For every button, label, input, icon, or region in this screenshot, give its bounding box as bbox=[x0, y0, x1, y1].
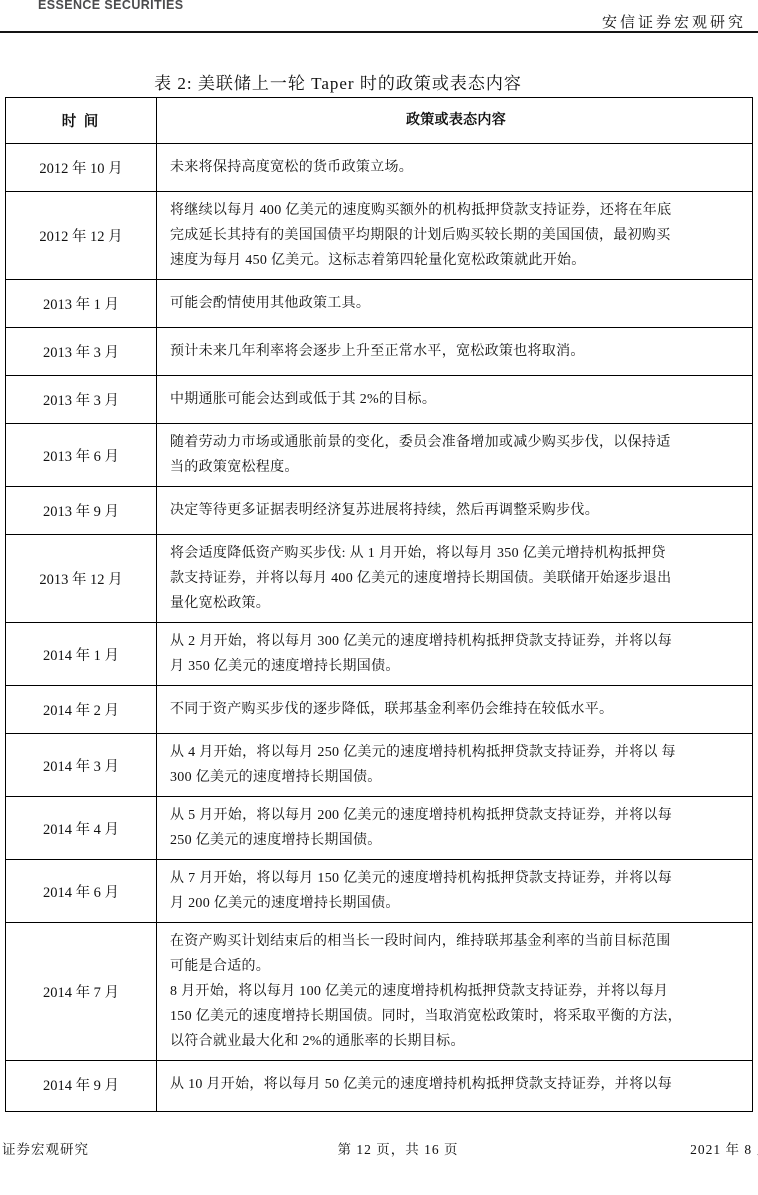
row-content: 将继续以每月 400 亿美元的速度购买额外的机构抵押贷款支持证券，还将在年底 完… bbox=[156, 192, 752, 279]
row-date: 2012 年 12 月 bbox=[6, 192, 156, 279]
table-row: 2012 年 12 月将继续以每月 400 亿美元的速度购买额外的机构抵押贷款支… bbox=[6, 191, 752, 279]
table-title: 表 2: 美联储上一轮 Taper 时的政策或表态内容 bbox=[0, 69, 676, 94]
table-row: 2014 年 9 月从 10 月开始，将以每月 50 亿美元的速度增持机构抵押贷… bbox=[6, 1060, 752, 1108]
table-row: 2014 年 2 月不同于资产购买步伐的逐步降低，联邦基金利率仍会维持在较低水平… bbox=[6, 685, 752, 733]
table-row: 2014 年 6 月从 7 月开始，将以每月 150 亿美元的速度增持机构抵押贷… bbox=[6, 859, 752, 922]
row-content: 将会适度降低资产购买步伐: 从 1 月开始，将以每月 350 亿美元增持机构抵押… bbox=[156, 535, 752, 622]
table-row: 2014 年 4 月从 5 月开始，将以每月 200 亿美元的速度增持机构抵押贷… bbox=[6, 796, 752, 859]
row-content: 从 5 月开始，将以每月 200 亿美元的速度增持机构抵押贷款支持证券，并将以每… bbox=[156, 797, 752, 859]
row-date: 2013 年 12 月 bbox=[6, 535, 156, 622]
column-divider bbox=[156, 98, 157, 1111]
header-rule bbox=[0, 31, 758, 33]
row-content: 中期通胀可能会达到或低于其 2%的目标。 bbox=[156, 376, 752, 423]
row-content: 随着劳动力市场或通胀前景的变化，委员会准备增加或减少购买步伐，以保持适 当的政策… bbox=[156, 424, 752, 486]
row-date: 2012 年 10 月 bbox=[6, 144, 156, 191]
row-content: 从 2 月开始，将以每月 300 亿美元的速度增持机构抵押贷款支持证券，并将以每… bbox=[156, 623, 752, 685]
row-date: 2014 年 1 月 bbox=[6, 623, 156, 685]
row-content: 在资产购买计划结束后的相当长一段时间内，维持联邦基金利率的当前目标范围 可能是合… bbox=[156, 923, 752, 1060]
header-cell-policy: 政策或表态内容 bbox=[156, 98, 752, 143]
report-page: { "page": { "brand_logo": "ESSENCE SECUR… bbox=[0, 0, 758, 1195]
row-content: 可能会酌情使用其他政策工具。 bbox=[156, 280, 752, 327]
row-date: 2013 年 3 月 bbox=[6, 328, 156, 375]
row-date: 2013 年 9 月 bbox=[6, 487, 156, 534]
brand-logo: ESSENCE SECURITIES bbox=[38, 0, 183, 12]
row-content: 决定等待更多证据表明经济复苏进展将持续，然后再调整采购步伐。 bbox=[156, 487, 752, 534]
row-content: 不同于资产购买步伐的逐步降低，联邦基金利率仍会维持在较低水平。 bbox=[156, 686, 752, 733]
table-row: 2013 年 9 月决定等待更多证据表明经济复苏进展将持续，然后再调整采购步伐。 bbox=[6, 486, 752, 534]
footer-date: 2021 年 8 月 bbox=[690, 1138, 758, 1158]
row-date: 2014 年 7 月 bbox=[6, 923, 156, 1060]
table-row: 2012 年 10 月未来将保持高度宽松的货币政策立场。 bbox=[6, 143, 752, 191]
table-row: 2013 年 1 月可能会酌情使用其他政策工具。 bbox=[6, 279, 752, 327]
row-date: 2014 年 2 月 bbox=[6, 686, 156, 733]
table-row: 2014 年 3 月从 4 月开始，将以每月 250 亿美元的速度增持机构抵押贷… bbox=[6, 733, 752, 796]
table-row: 2014 年 7 月在资产购买计划结束后的相当长一段时间内，维持联邦基金利率的当… bbox=[6, 922, 752, 1060]
row-date: 2013 年 1 月 bbox=[6, 280, 156, 327]
header-cell-time: 时 间 bbox=[6, 98, 156, 143]
table-row: 2013 年 6 月随着劳动力市场或通胀前景的变化，委员会准备增加或减少购买步伐… bbox=[6, 423, 752, 486]
row-content: 从 4 月开始，将以每月 250 亿美元的速度增持机构抵押贷款支持证券，并将以 … bbox=[156, 734, 752, 796]
table-row: 2013 年 3 月中期通胀可能会达到或低于其 2%的目标。 bbox=[6, 375, 752, 423]
page-footer: 证券宏观研究 第 12 页，共 16 页 2021 年 8 月 bbox=[0, 1138, 758, 1160]
table-row: 2014 年 1 月从 2 月开始，将以每月 300 亿美元的速度增持机构抵押贷… bbox=[6, 622, 752, 685]
row-date: 2014 年 4 月 bbox=[6, 797, 156, 859]
row-content: 预计未来几年利率将会逐步上升至正常水平，宽松政策也将取消。 bbox=[156, 328, 752, 375]
row-date: 2013 年 3 月 bbox=[6, 376, 156, 423]
footer-page-number: 第 12 页，共 16 页 bbox=[0, 1138, 758, 1158]
table-row: 2013 年 3 月预计未来几年利率将会逐步上升至正常水平，宽松政策也将取消。 bbox=[6, 327, 752, 375]
row-content: 未来将保持高度宽松的货币政策立场。 bbox=[156, 144, 752, 191]
policy-table-rows: 2012 年 10 月未来将保持高度宽松的货币政策立场。2012 年 12 月将… bbox=[6, 143, 752, 1108]
row-date: 2013 年 6 月 bbox=[6, 424, 156, 486]
policy-table: 时 间 政策或表态内容 2012 年 10 月未来将保持高度宽松的货币政策立场。… bbox=[5, 97, 753, 1112]
table-row: 2013 年 12 月将会适度降低资产购买步伐: 从 1 月开始，将以每月 35… bbox=[6, 534, 752, 622]
row-date: 2014 年 3 月 bbox=[6, 734, 156, 796]
table-header-row: 时 间 政策或表态内容 bbox=[6, 98, 752, 143]
row-date: 2014 年 6 月 bbox=[6, 860, 156, 922]
row-content: 从 10 月开始，将以每月 50 亿美元的速度增持机构抵押贷款支持证券，并将以每 bbox=[156, 1061, 752, 1108]
row-content: 从 7 月开始，将以每月 150 亿美元的速度增持机构抵押贷款支持证券，并将以每… bbox=[156, 860, 752, 922]
row-date: 2014 年 9 月 bbox=[6, 1061, 156, 1108]
header-report-type: 安信证券宏观研究 bbox=[602, 11, 746, 32]
